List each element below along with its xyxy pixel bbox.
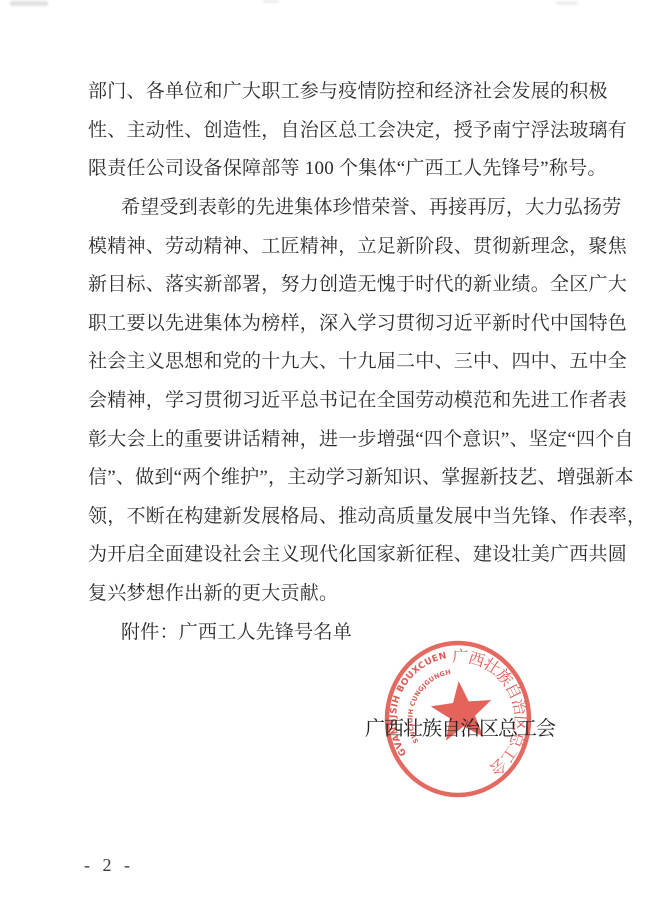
scan-artifact <box>556 1 578 5</box>
body-line: 部门、各单位和广大职工参与疫情防控和经济社会发展的积极 <box>88 73 612 111</box>
document-page: 部门、各单位和广大职工参与疫情防控和经济社会发展的积极 性、主动性、创造性，自治… <box>0 0 666 898</box>
scan-artifact <box>263 0 279 3</box>
body-line: 新目标、落实新部署，努力创造无愧于时代的新业绩。全区广大 <box>88 266 612 304</box>
body-line: 会精神，学习贯彻习近平总书记在全国劳动模范和先进工作者表 <box>88 382 612 420</box>
body-line: 彰大会上的重要讲话精神，进一步增强“四个意识”、坚定“四个自 <box>88 421 612 459</box>
attachment-line: 附件：广西工人先锋号名单 <box>88 614 645 652</box>
page-number: - 2 - <box>84 855 134 876</box>
issuer-signature: 广西壮族自治区总工会 <box>365 716 555 743</box>
body-line: 限责任公司设备保障部等 100 个集体“广西工人先锋号”称号。 <box>88 150 612 188</box>
body-line: 职工要以先进集体为榜样，深入学习贯彻习近平新时代中国特色 <box>88 305 612 343</box>
body-line: 性、主动性、创造性，自治区总工会决定，授予南宁浮法玻璃有 <box>88 112 612 150</box>
body-line: 希望受到表彰的先进集体珍惜荣誉、再接再厉，大力弘扬劳 <box>88 189 645 227</box>
body-line: 领，不断在构建新发展格局、推动高质量发展中当先锋、作表率， <box>88 498 612 536</box>
body-line: 模精神、劳动精神、工匠精神，立足新阶段、贯彻新理念，聚焦 <box>88 228 612 266</box>
body-line: 信”、做到“两个维护”，主动学习新知识、掌握新技艺、增强新本 <box>88 459 612 497</box>
body-line: 为开启全面建设社会主义现代化国家新征程、建设壮美广西共圆 <box>88 536 612 574</box>
body-line: 社会主义思想和党的十九大、十九届二中、三中、四中、五中全 <box>88 343 612 381</box>
body-line: 复兴梦想作出新的更大贡献。 <box>88 575 612 613</box>
scan-artifact <box>10 1 48 6</box>
